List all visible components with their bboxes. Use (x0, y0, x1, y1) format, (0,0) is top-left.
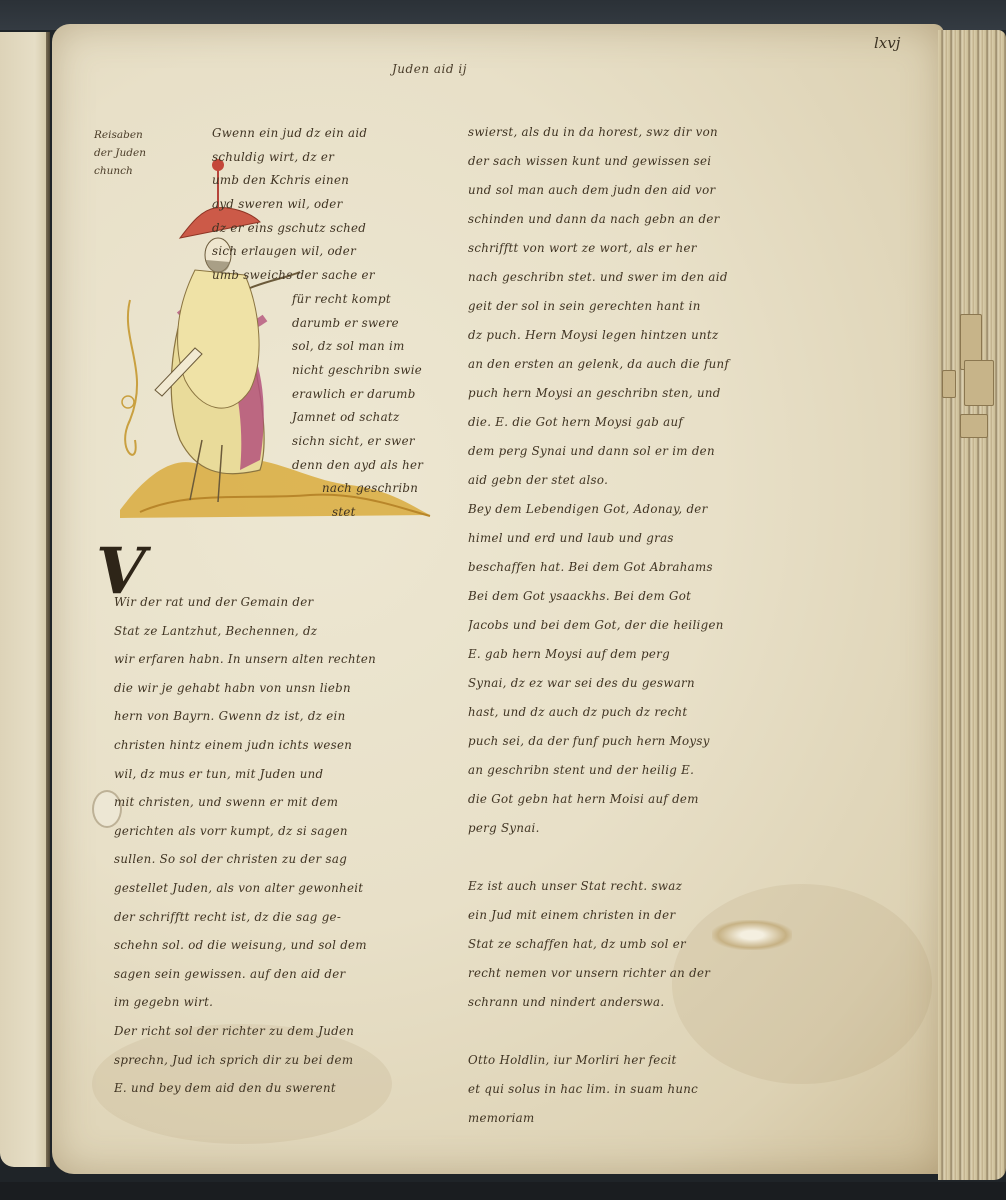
text-line: et qui solus in hac lim. in suam hunc (468, 1075, 858, 1104)
page-tab (960, 414, 988, 438)
text-column-b: swierst, als du in da horest, swz dir vo… (468, 118, 858, 1133)
text-line: sagen sein gewissen. auf den aid der (114, 960, 464, 989)
text-line: E. und bey dem aid den du swerent (114, 1074, 464, 1103)
text-line: recht nemen vor unsern richter an der (468, 959, 858, 988)
text-line: puch sei, da der funf puch hern Moysy (468, 727, 858, 756)
text-line: Otto Holdlin, iur Morliri her fecit (468, 1046, 858, 1075)
running-head: Juden aid ij (392, 62, 467, 76)
text-line: schehn sol. od die weisung, und sol dem (114, 931, 464, 960)
text-line: Jacobs und bei dem Got, der die heiligen (468, 611, 858, 640)
text-line: E. gab hern Moysi auf dem perg (468, 640, 858, 669)
text-line: Stat ze schaffen hat, dz umb sol er (468, 930, 858, 959)
text-line: an den ersten an gelenk, da auch die fun… (468, 350, 858, 379)
text-line: christen hintz einem judn ichts wesen (114, 731, 464, 760)
text-line: schinden und dann da nach gebn an der (468, 205, 858, 234)
text-line: mit christen, und swenn er mit dem (114, 788, 464, 817)
text-line: Gwenn ein jud dz ein aid (212, 122, 452, 146)
text-line: und sol man auch dem judn den aid vor (468, 176, 858, 205)
text-line: der sach wissen kunt und gewissen sei (468, 147, 858, 176)
facing-page-left (0, 32, 50, 1167)
text-line: memoriam (468, 1104, 858, 1133)
paragraph-gap (468, 1017, 858, 1046)
text-line: schuldig wirt, dz er (212, 146, 452, 170)
text-line: gerichten als vorr kumpt, dz si sagen (114, 817, 464, 846)
text-line: Der richt sol der richter zu dem Juden (114, 1017, 464, 1046)
text-line: hern von Bayrn. Gwenn dz ist, dz ein (114, 702, 464, 731)
text-line: Wir der rat und der Gemain der (114, 588, 464, 617)
text-line: wil, dz mus er tun, mit Juden und (114, 760, 464, 789)
text-line: nach geschribn (212, 477, 452, 501)
text-line: gestellet Juden, als von alter gewonheit (114, 874, 464, 903)
text-line: umb den Kchris einen (212, 169, 452, 193)
page-tab (964, 360, 994, 406)
text-line: umb sweichs der sache er (212, 264, 452, 288)
text-line: nach geschribn stet. und swer im den aid (468, 263, 858, 292)
background-bottom (0, 1182, 1006, 1200)
text-line: sich erlaugen wil, oder (212, 240, 452, 264)
text-line: die. E. die Got hern Moysi gab auf (468, 408, 858, 437)
text-line: sullen. So sol der christen zu der sag (114, 845, 464, 874)
text-line: Synai, dz ez war sei des du geswarn (468, 669, 858, 698)
text-line: Stat ze Lantzhut, Bechennen, dz (114, 617, 464, 646)
text-line: nicht geschribn swie (212, 359, 452, 383)
text-line: Bey dem Lebendigen Got, Adonay, der (468, 495, 858, 524)
text-line: wir erfaren habn. In unsern alten rechte… (114, 645, 464, 674)
page-edges (938, 30, 1006, 1180)
text-line: ein Jud mit einem christen in der (468, 901, 858, 930)
text-line: himel und erd und laub und gras (468, 524, 858, 553)
text-column-a-top: Gwenn ein jud dz ein aid schuldig wirt, … (212, 122, 452, 525)
page-tab (942, 370, 956, 398)
text-line: schrifftt von wort ze wort, als er her (468, 234, 858, 263)
text-line: schrann und nindert anderswa. (468, 988, 858, 1017)
text-column-a-bottom: Wir der rat und der Gemain der Stat ze L… (114, 588, 464, 1103)
text-line: ayd sweren wil, oder (212, 193, 452, 217)
text-line: Jamnet od schatz (212, 406, 452, 430)
text-line: swierst, als du in da horest, swz dir vo… (468, 118, 858, 147)
text-line: beschaffen hat. Bei dem Got Abrahams (468, 553, 858, 582)
text-line: erawlich er darumb (212, 383, 452, 407)
text-line: für recht kompt (212, 288, 452, 312)
text-line: sichn sicht, er swer (212, 430, 452, 454)
text-line: puch hern Moysi an geschribn sten, und (468, 379, 858, 408)
text-line: dem perg Synai und dann sol er im den (468, 437, 858, 466)
paragraph-gap (468, 843, 858, 872)
text-line: dz puch. Hern Moysi legen hintzen untz (468, 321, 858, 350)
text-line: dz er eins gschutz sched (212, 217, 452, 241)
text-line: der schrifftt recht ist, dz die sag ge- (114, 903, 464, 932)
text-line: die Got gebn hat hern Moisi auf dem (468, 785, 858, 814)
binding-gutter (46, 32, 50, 1167)
text-line: hast, und dz auch dz puch dz recht (468, 698, 858, 727)
text-line: im gegebn wirt. (114, 988, 464, 1017)
text-line: die wir je gehabt habn von unsn liebn (114, 674, 464, 703)
text-line: sol, dz sol man im (212, 335, 452, 359)
text-line: stet (212, 501, 452, 525)
text-line: Bei dem Got ysaackhs. Bei dem Got (468, 582, 858, 611)
text-line: sprechn, Jud ich sprich dir zu bei dem (114, 1046, 464, 1075)
text-line: Ez ist auch unser Stat recht. swaz (468, 872, 858, 901)
text-line: an geschribn stent und der heilig E. (468, 756, 858, 785)
text-line: geit der sol in sein gerechten hant in (468, 292, 858, 321)
folio-number: lxvj (874, 34, 900, 52)
text-line: aid gebn der stet also. (468, 466, 858, 495)
text-line: perg Synai. (468, 814, 858, 843)
text-line: denn den ayd als her (212, 454, 452, 478)
text-line: darumb er swere (212, 312, 452, 336)
